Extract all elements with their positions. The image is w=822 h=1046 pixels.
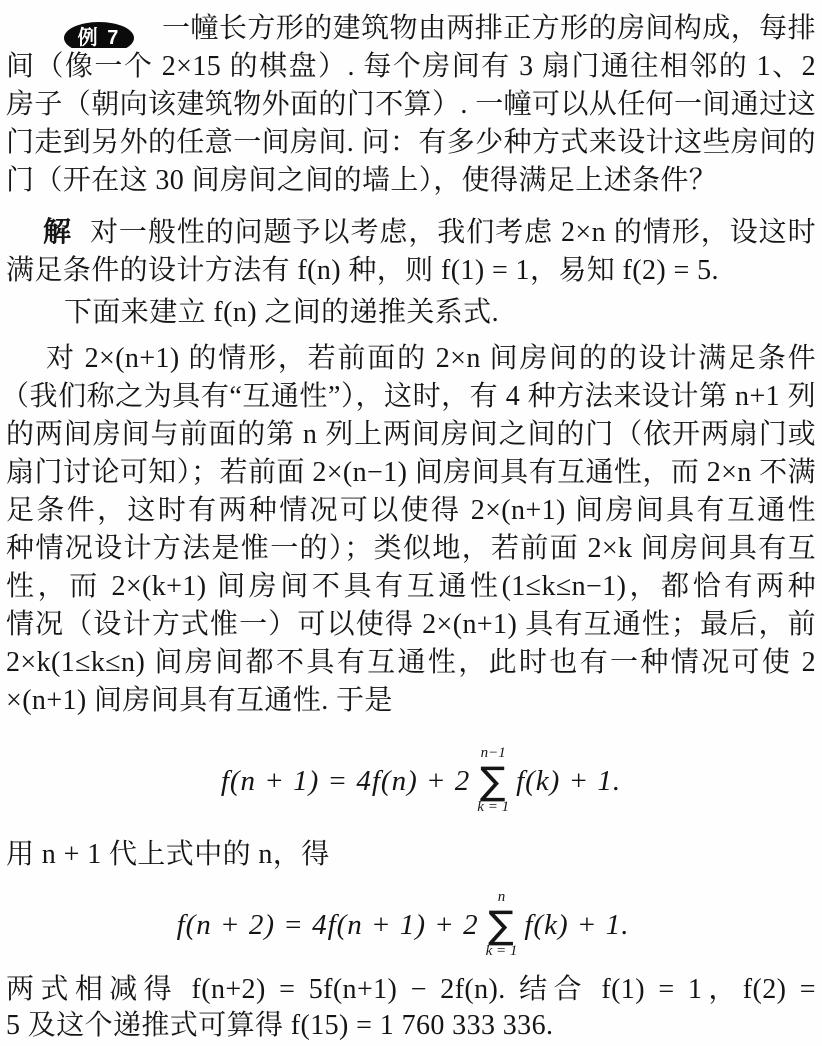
conclusion-paragraph: 两式相减得 f(n+2) = 5f(n+1) − 2f(n). 结合 f(1) …	[6, 972, 816, 1044]
analysis-line: 2×k(1≤k≤n) 间房间都不具有互通性，此时也有一种情况可使 2	[6, 644, 816, 682]
transition-paragraph: 下面来建立 f(n) 之间的递推关系式.	[6, 294, 816, 332]
problem-line: 房子（朝向该建筑物外面的门不算）. 一幢可以从任何一间通过这些	[6, 86, 816, 124]
solution-intro-line: 满足条件的设计方法有 f(n) 种，则 f(1) = 1，易知 f(2) = 5…	[6, 252, 816, 290]
recurrence-formula-1: f(n + 1) = 4f(n) + 2 n−1 ∑ k = 1 f(k) + …	[16, 746, 822, 816]
analysis-line: 种情况设计方法是惟一的）；类似地，若前面 2×k 间房间具有互通	[6, 530, 816, 568]
problem-line: 例 7一幢长方形的建筑物由两排正方形的房间构成，每排 15	[6, 10, 816, 48]
example-badge-label: 例 7	[78, 19, 121, 48]
solution-label: 解	[43, 217, 72, 248]
sigma-lower-limit: k = 1	[477, 800, 509, 816]
analysis-line: （我们称之为具有“互通性”），这时，有 4 种方法来设计第 n+1 列上	[1, 378, 816, 416]
analysis-line: ×(n+1) 间房间具有互通性. 于是	[6, 682, 816, 720]
solution-intro-line: 解对一般性的问题予以考虑，我们考虑 2×n 的情形，设这时	[6, 214, 816, 252]
analysis-paragraph: 对 2×(n+1) 的情形，若前面的 2×n 间房间的的设计满足条件 （我们称之…	[6, 340, 816, 720]
conclusion-line: 5 及这个递推式可算得 f(15) = 1 760 333 336.	[6, 1008, 816, 1044]
summation-sigma: n−1 ∑ k = 1	[477, 746, 509, 816]
scanned-textbook-page: 例 7一幢长方形的建筑物由两排正方形的房间构成，每排 15 间（像一个 2×15…	[0, 0, 822, 1046]
recurrence-formula-2: f(n + 2) = 4f(n + 1) + 2 n ∑ k = 1 f(k) …	[0, 890, 808, 960]
conclusion-line: 两式相减得 f(n+2) = 5f(n+1) − 2f(n). 结合 f(1) …	[6, 972, 816, 1008]
sigma-icon: ∑	[488, 906, 515, 944]
problem-statement: 例 7一幢长方形的建筑物由两排正方形的房间构成，每排 15 间（像一个 2×15…	[6, 10, 816, 200]
substitution-line: 用 n + 1 代上式中的 n，得	[6, 836, 816, 874]
formula-1-rhs: f(k) + 1.	[516, 765, 621, 798]
formula-2-rhs: f(k) + 1.	[524, 909, 629, 942]
sigma-icon: ∑	[480, 762, 507, 800]
analysis-line: 足条件，这时有两种情况可以使得 2×(n+1) 间房间具有互通性（每	[6, 492, 816, 530]
analysis-line: 对 2×(n+1) 的情形，若前面的 2×n 间房间的的设计满足条件	[6, 340, 816, 378]
problem-line: 门走到另外的任意一间房间. 问：有多少种方式来设计这些房间的	[6, 124, 816, 162]
transition-line: 下面来建立 f(n) 之间的递推关系式.	[6, 294, 816, 332]
analysis-line: 情况（设计方式惟一）可以使得 2×(n+1) 具有互通性；最后，前面的	[6, 606, 816, 644]
formula-1-lhs: f(n + 1) = 4f(n) + 2	[221, 765, 470, 798]
analysis-line: 扇门讨论可知）；若前面 2×(n−1) 间房间具有互通性，而 2×n 不满	[6, 454, 816, 492]
analysis-line: 的两间房间与前面的第 n 列上两间房间之间的门（依开两扇门或三	[6, 416, 816, 454]
solution-intro: 解对一般性的问题予以考虑，我们考虑 2×n 的情形，设这时 满足条件的设计方法有…	[6, 214, 816, 290]
sigma-lower-limit: k = 1	[486, 944, 518, 960]
summation-sigma: n ∑ k = 1	[486, 890, 518, 960]
example-badge: 例 7	[64, 22, 134, 48]
solution-intro-text: 对一般性的问题予以考虑，我们考虑 2×n 的情形，设这时	[90, 217, 816, 248]
formula-2-lhs: f(n + 2) = 4f(n + 1) + 2	[177, 909, 479, 942]
problem-line: 间（像一个 2×15 的棋盘）. 每个房间有 3 扇门通往相邻的 1、2 或 3…	[6, 48, 816, 86]
analysis-line: 性，而 2×(k+1) 间房间不具有互通性(1≤k≤n−1)，都恰有两种	[6, 568, 816, 606]
problem-line: 门（开在这 30 间房间之间的墙上），使得满足上述条件？	[6, 162, 816, 200]
